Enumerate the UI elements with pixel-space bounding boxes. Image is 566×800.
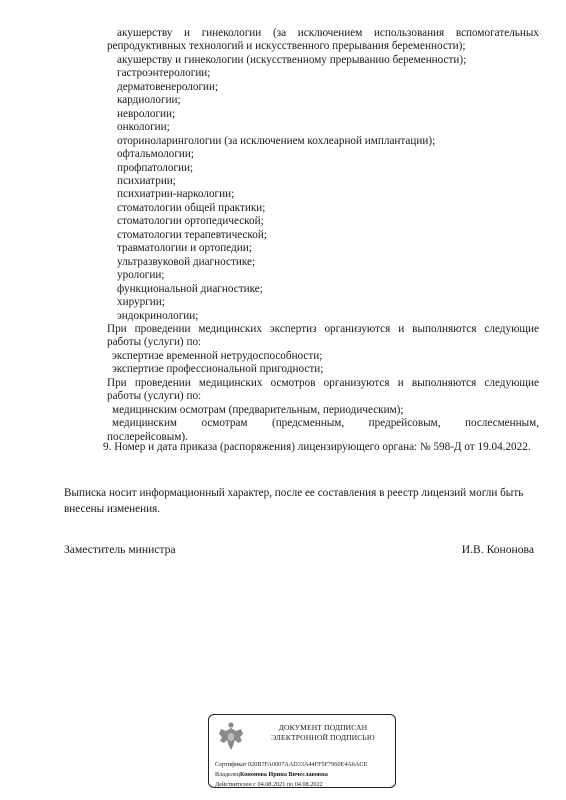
list-item: функциональной диагностике; (107, 283, 539, 296)
list-item: кардиологии; (107, 94, 539, 107)
list-item: ультразвуковой диагностике; (107, 256, 539, 269)
signatory-name: И.В. Кононова (462, 543, 534, 556)
owner-value: Кононова Ирина Вячеславовна (240, 771, 328, 778)
list-item: экспертизе временной нетрудоспособности; (107, 350, 539, 363)
electronic-signature-stamp: ДОКУМЕНТ ПОДПИСАН ЭЛЕКТРОННОЙ ПОДПИСЬЮ С… (208, 714, 396, 788)
validity-line: Действителен с 04.08.2021 по 04.08.2022 (215, 781, 323, 788)
list-item: онкологии; (107, 121, 539, 134)
certificate-value: 020B7FA0007AAD33A44FF5F7960E4A6ACE (248, 761, 367, 768)
coat-of-arms-icon (217, 721, 245, 753)
order-number-line: 9. Номер и дата приказа (распоряжения) л… (103, 441, 531, 453)
list-item: оториноларингологии (за исключением кохл… (107, 135, 539, 148)
owner-line: ВладелецКононова Ирина Вячеславовна (215, 771, 328, 778)
signatory-title: Заместитель министра (64, 543, 176, 556)
exams-heading: работы (услуги) по: (107, 390, 539, 403)
list-item: стоматологии ортопедической; (107, 215, 539, 228)
stamp-title: ДОКУМЕНТ ПОДПИСАН ЭЛЕКТРОННОЙ ПОДПИСЬЮ (253, 723, 393, 742)
list-item: хирургии; (107, 296, 539, 309)
owner-label: Владелец (215, 771, 240, 778)
certificate-line: Сертификат 020B7FA0007AAD33A44FF5F7960E4… (215, 761, 367, 768)
list-item: стоматологии терапевтической; (107, 229, 539, 242)
disclaimer-note: Выписка носит информационный характер, п… (64, 485, 534, 517)
exams-heading: При проведении медицинских осмотров орга… (107, 377, 539, 390)
list-item: психиатрии; (107, 175, 539, 188)
list-item: неврологии; (107, 108, 539, 121)
list-item: эндокринологии; (107, 310, 539, 323)
list-item: профпатологии; (107, 162, 539, 175)
intro-line: акушерству и гинекологии (за исключением… (107, 27, 539, 40)
list-item: экспертизе профессиональной пригодности; (107, 363, 539, 376)
expertise-heading: При проведении медицинских экспертиз орг… (107, 323, 539, 336)
list-item: психиатрии-наркологии; (107, 188, 539, 201)
list-item: урологии; (107, 269, 539, 282)
list-item: медицинским осмотрам (предсменным, предр… (107, 417, 539, 430)
document-page: акушерству и гинекологии (за исключением… (0, 0, 566, 800)
stamp-title-line: ЭЛЕКТРОННОЙ ПОДПИСЬЮ (253, 733, 393, 743)
list-item: медицинским осмотрам (предварительным, п… (107, 404, 539, 417)
list-item: дерматовенерологии; (107, 81, 539, 94)
list-item: офтальмологии; (107, 148, 539, 161)
activity-items: акушерству и гинекологии (искусственному… (107, 54, 539, 323)
list-item: стоматологии общей практики; (107, 202, 539, 215)
certificate-label: Сертификат (215, 761, 247, 768)
intro-line: репродуктивных технологий и искусственно… (107, 40, 539, 53)
stamp-title-line: ДОКУМЕНТ ПОДПИСАН (253, 723, 393, 733)
expertise-heading: работы (услуги) по: (107, 336, 539, 349)
list-item: гастроэнтерологии; (107, 67, 539, 80)
list-item: акушерству и гинекологии (искусственному… (107, 54, 539, 67)
list-item: травматологии и ортопедии; (107, 242, 539, 255)
license-activities-list: акушерству и гинекологии (за исключением… (107, 27, 539, 444)
